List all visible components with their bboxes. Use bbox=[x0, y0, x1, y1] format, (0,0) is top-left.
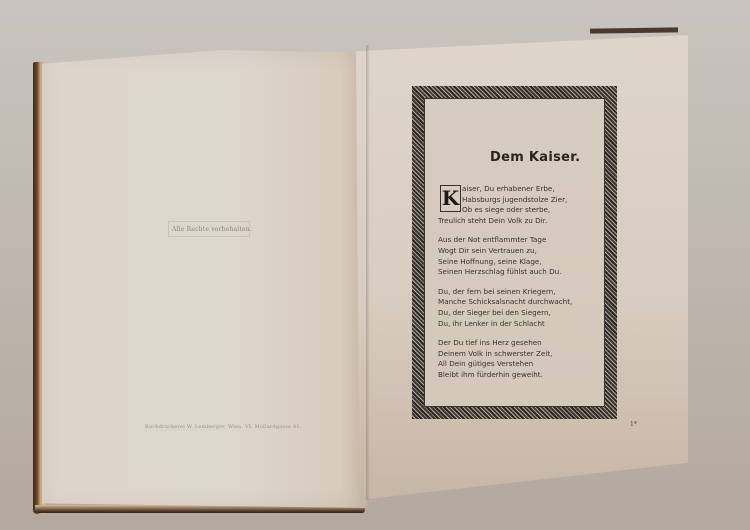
poem-title: Dem Kaiser. bbox=[490, 150, 580, 165]
poem-line: Der Du tief ins Herz gesehen bbox=[438, 338, 598, 349]
left-page bbox=[42, 50, 367, 508]
poem-body: aiser, Du erhabener Erbe, Habsburgs juge… bbox=[438, 184, 598, 390]
printer-imprint: Buchdruckerei W. Lemberger, Wien, VI. Mo… bbox=[145, 424, 302, 430]
poem-line: Treulich steht Dein Volk zu Dir. bbox=[438, 216, 598, 227]
rights-reserved-notice: Alle Rechte vorbehalten. bbox=[172, 226, 252, 233]
book-gutter bbox=[366, 45, 370, 500]
poem-line: Ob es siege oder sterbe, bbox=[438, 205, 598, 216]
poem-line: All Dein gütiges Verstehen bbox=[438, 359, 598, 370]
poem-line: Aus der Not entflammter Tage bbox=[438, 235, 598, 246]
book-cover-top-edge bbox=[590, 27, 678, 33]
poem-line: Deinem Volk in schwerster Zeit, bbox=[438, 349, 598, 360]
stanza: Der Du tief ins Herz gesehen Deinem Volk… bbox=[438, 338, 598, 380]
poem-line: Habsburgs jugendstolze Zier, bbox=[438, 195, 598, 206]
poem-line: Bleibt ihm fürderhin geweiht. bbox=[438, 370, 598, 381]
stanza: Du, der fern bei seinen Kriegern, Manche… bbox=[438, 287, 598, 329]
stanza: Aus der Not entflammter Tage Wogt Dir se… bbox=[438, 235, 598, 277]
poem-line: Du, der Sieger bei den Siegern, bbox=[438, 308, 598, 319]
poem-line: Seinen Herzschlag fühlst auch Du. bbox=[438, 267, 598, 278]
poem-line: Seine Hoffnung, seine Klage, bbox=[438, 257, 598, 268]
poem-line: Wogt Dir sein Vertrauen zu, bbox=[438, 246, 598, 257]
poem-line: aiser, Du erhabener Erbe, bbox=[438, 184, 598, 195]
stanza: aiser, Du erhabener Erbe, Habsburgs juge… bbox=[438, 184, 598, 226]
poem-line: Du, der fern bei seinen Kriegern, bbox=[438, 287, 598, 298]
page-signature-mark: 1* bbox=[630, 421, 637, 428]
poem-line: Manche Schicksalsnacht durchwacht, bbox=[438, 297, 598, 308]
book-photo-scene: Alle Rechte vorbehalten. Buchdruckerei W… bbox=[0, 0, 750, 530]
poem-line: Du, ihr Lenker in der Schlacht bbox=[438, 319, 598, 330]
